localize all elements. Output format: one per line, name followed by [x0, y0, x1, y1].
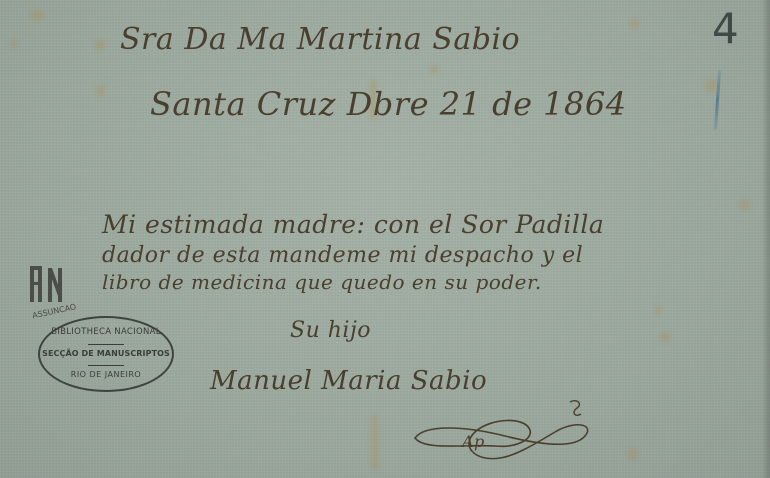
- place-date-line: Santa Cruz Dbre 21 de 1864: [150, 85, 627, 123]
- foxing-stain: [740, 200, 750, 210]
- foxing-stain: [660, 332, 670, 342]
- rubric-initials: Ap: [462, 432, 485, 451]
- foxing-stain: [372, 415, 378, 470]
- page-number: 4: [712, 4, 739, 53]
- stamp-top-text: BIBLIOTHECA NACIONAL: [40, 327, 172, 337]
- foxing-stain: [95, 40, 105, 50]
- paper-background: [0, 0, 770, 478]
- foxing-stain: [628, 448, 638, 460]
- archive-logo-icon: ASSUNCAO: [24, 262, 82, 320]
- stamp-rule: [88, 344, 124, 345]
- svg-text:ASSUNCAO: ASSUNCAO: [31, 302, 77, 320]
- foxing-stain: [630, 20, 640, 28]
- stamp-middle-text: SECÇÃO DE MANUSCRIPTOS: [40, 349, 172, 358]
- foxing-stain: [430, 65, 438, 73]
- foxing-stain: [705, 80, 717, 92]
- body-line-1: Mi estimada madre: con el Sor Padilla: [102, 210, 604, 239]
- foxing-stain: [655, 305, 661, 315]
- address-line: Sra Da Ma Martina Sabio: [120, 22, 520, 57]
- foxing-stain: [30, 10, 44, 20]
- foxing-stain: [10, 40, 18, 48]
- stamp-bottom-text: RIO DE JANEIRO: [40, 370, 172, 379]
- closing-line: Su hijo: [290, 318, 371, 343]
- library-stamp: BIBLIOTHECA NACIONAL SECÇÃO DE MANUSCRIP…: [38, 316, 174, 392]
- foxing-stain: [96, 85, 105, 97]
- body-line-3: libro de medicina que quedo en su poder.: [102, 270, 542, 294]
- body-line-2: dador de esta mandeme mi despacho y el: [102, 243, 583, 268]
- signature-rubric-icon: [405, 396, 605, 466]
- signature: Manuel Maria Sabio: [210, 366, 487, 396]
- stamp-rule: [88, 365, 124, 366]
- page-edge-shadow: [762, 0, 770, 478]
